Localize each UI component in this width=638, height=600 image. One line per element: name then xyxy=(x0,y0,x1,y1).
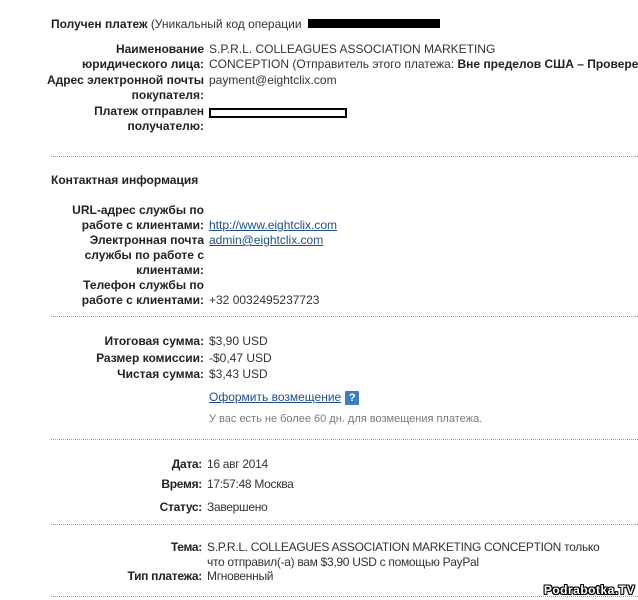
support-email-link[interactable]: admin@eightclix.com xyxy=(209,233,323,247)
separator xyxy=(51,156,638,157)
time-label: Время: xyxy=(161,477,202,492)
payment-type-label: Тип платежа: xyxy=(128,569,203,584)
header-transaction-label: (Уникальный код операции xyxy=(151,17,302,31)
support-email-label: Электронная почта службы по работе с кли… xyxy=(85,233,204,278)
subject-label: Тема: xyxy=(171,540,202,555)
total-label: Итоговая сумма: xyxy=(104,334,204,349)
redacted-recipient xyxy=(209,108,347,118)
sent-to-value xyxy=(209,105,347,120)
payment-details-page: Получен платеж (Уникальный код операции … xyxy=(0,0,638,600)
verification-status: Вне пределов США – Проверен xyxy=(458,57,638,71)
support-phone-value: +32 0032495237723 xyxy=(209,293,319,308)
legal-name-label: Наименование юридического лица: xyxy=(82,42,204,72)
fee-label: Размер комиссии: xyxy=(96,351,204,366)
page-header: Получен платеж (Уникальный код операции xyxy=(51,17,440,31)
subject-value: S.P.R.L. COLLEAGUES ASSOCIATION MARKETIN… xyxy=(207,540,599,570)
legal-name-value: S.P.R.L. COLLEAGUES ASSOCIATION MARKETIN… xyxy=(209,42,638,72)
date-value: 16 авг 2014 xyxy=(207,457,268,472)
contact-section-title: Контактная информация xyxy=(51,173,198,187)
support-url-link[interactable]: http://www.eightclix.com xyxy=(209,218,337,232)
time-value: 17:57:48 Москва xyxy=(207,477,294,492)
buyer-email-label: Адрес электронной почты покупателя: xyxy=(47,73,204,103)
date-label: Дата: xyxy=(172,457,202,472)
status-value: Завершено xyxy=(207,500,267,515)
help-icon[interactable]: ? xyxy=(345,391,359,405)
separator xyxy=(51,439,638,440)
net-value: $3,43 USD xyxy=(209,367,268,382)
issue-refund-link[interactable]: Оформить возмещение xyxy=(209,390,341,404)
buyer-email-value: payment@eightclix.com xyxy=(209,73,337,88)
redacted-transaction-id xyxy=(308,19,440,28)
header-title: Получен платеж xyxy=(51,17,147,31)
refund-note: У вас есть не более 60 дн. для возмещени… xyxy=(209,413,482,425)
support-url-label: URL-адрес службы по работе с клиентами: xyxy=(72,203,204,233)
watermark-logo: Podrabotka.TV xyxy=(544,583,635,597)
total-value: $3,90 USD xyxy=(209,334,268,349)
net-label: Чистая сумма: xyxy=(117,367,204,382)
support-phone-label: Телефон службы по работе с клиентами: xyxy=(82,278,204,308)
fee-value: -$0,47 USD xyxy=(209,351,272,366)
payment-type-value: Мгновенный xyxy=(207,569,273,584)
separator xyxy=(51,316,638,317)
sent-to-label: Платеж отправлен получателю: xyxy=(94,104,204,134)
status-label: Статус: xyxy=(160,500,202,515)
separator xyxy=(51,524,638,525)
